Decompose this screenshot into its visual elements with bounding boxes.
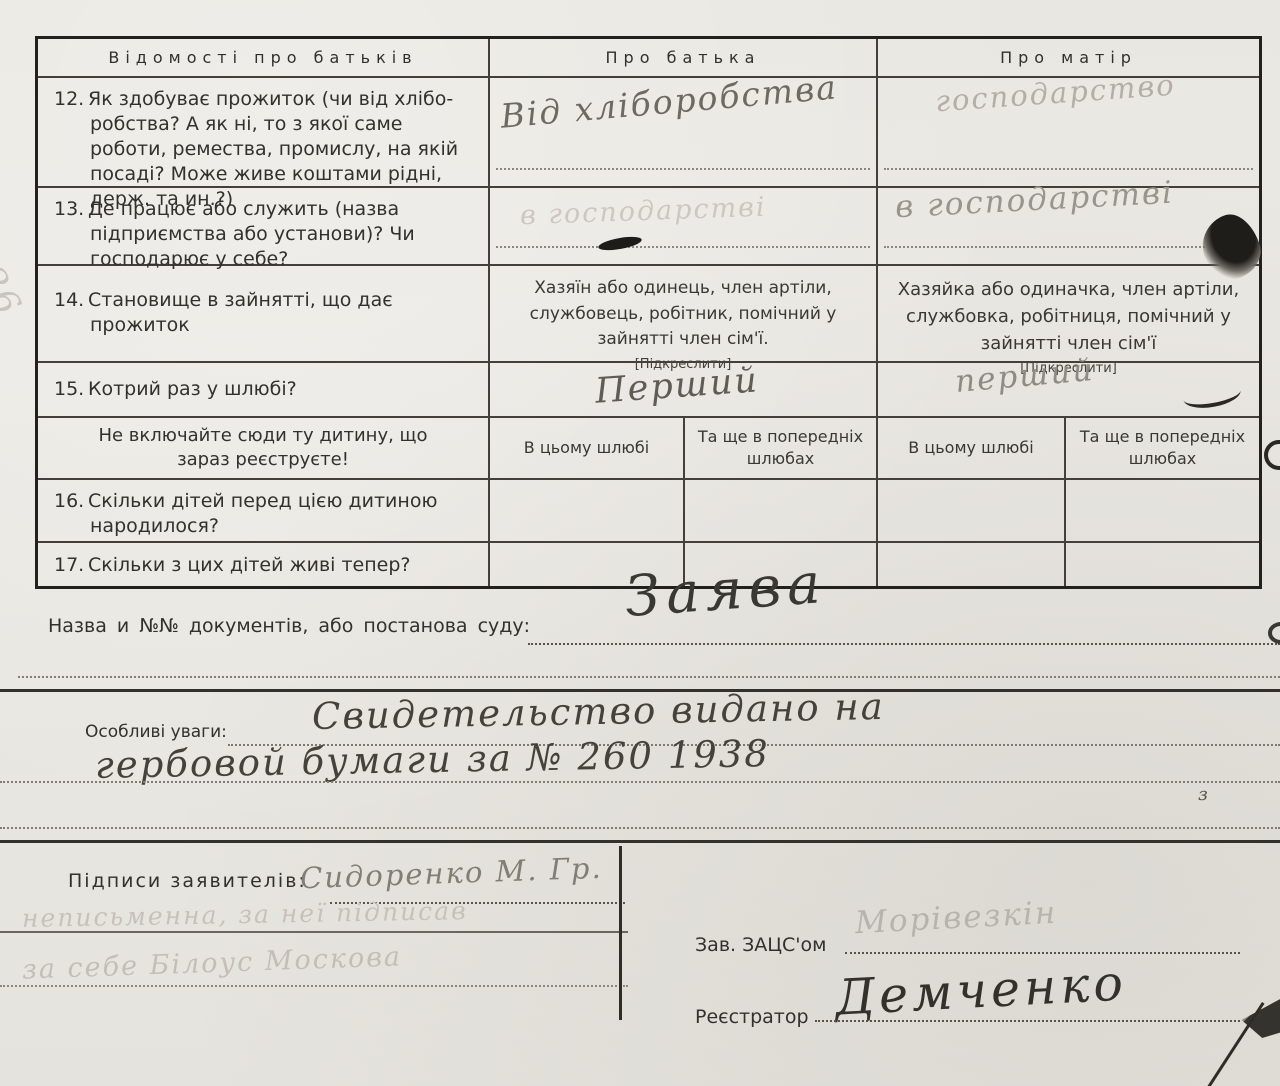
empty-cell (878, 480, 1066, 543)
pen-flourish-stroke (1205, 1002, 1265, 1086)
remarks-label: Особливі уваги: (85, 722, 227, 742)
registrar-label: Реєстратор (695, 1006, 809, 1028)
question-14-text: Становище в зайнятті, що дає прожиток (88, 289, 393, 336)
question-14-number: 14. (54, 288, 88, 313)
question-17-text: Скільки з цих дітей живі тепер? (88, 554, 411, 576)
section-divider-line (0, 840, 1280, 843)
signature-rule-line (0, 985, 628, 987)
options-cell-mother-14: Хазяйка або одиначка, член артіли, служб… (878, 266, 1259, 363)
answer-guideline (496, 246, 870, 248)
subcol-mother-this-marriage: В цьому шлюбі (878, 418, 1066, 480)
father-status-options: Хазяїн або одинець, член артіли, службов… (490, 266, 876, 355)
question-12: 12.Як здобуває прожиток (чи від хлібо-ро… (38, 78, 490, 188)
answer-guideline (884, 168, 1253, 170)
options-cell-father-14: Хазяїн або одинець, член артіли, службов… (490, 266, 878, 363)
question-17-number: 17. (54, 553, 88, 578)
documents-fill-line (528, 643, 1280, 645)
document-name-handwriting: Заява (623, 551, 828, 630)
question-15-number: 15. (54, 377, 88, 402)
question-16-number: 16. (54, 489, 88, 514)
faint-pencil-signature-2: за себе Білоус Москова (22, 941, 403, 985)
applicants-label: Підписи заявителів: (68, 870, 307, 892)
zags-head-fill-line (845, 952, 1240, 954)
ruled-dotted-line (0, 827, 1280, 829)
registrar-signature: Демченко (834, 954, 1129, 1026)
registration-form-scan: Відомості про батьків Про батька Про мат… (0, 0, 1280, 1086)
exclusion-note: Не включайте сюди ту дитину, що зараз ре… (38, 418, 488, 478)
remarks-handwriting-line1: Свидетельство видано на (312, 685, 885, 738)
edge-ring-mark (1264, 440, 1280, 470)
answer-guideline (884, 246, 1253, 248)
signature-rule-line (0, 931, 628, 933)
empty-cell (490, 480, 685, 543)
question-12-number: 12. (54, 87, 88, 112)
empty-cell (685, 480, 878, 543)
question-17: 17.Скільки з цих дітей живі тепер? (38, 543, 490, 586)
question-16-text: Скільки дітей перед цією дитиною народил… (88, 490, 437, 537)
question-13-number: 13. (54, 197, 88, 222)
empty-cell (1066, 543, 1259, 586)
edge-ring-mark (1268, 622, 1280, 644)
answer-guideline (496, 168, 870, 170)
subcol-father-previous-marriages: Та ще в попередніх шлюбах (685, 418, 878, 480)
question-13-text: Де працює або служить (назва підприємств… (88, 198, 415, 270)
applicant-signature: Сидоренко М. Гр. (299, 851, 603, 896)
zags-head-label: Зав. ЗАЦС'ом (695, 934, 826, 956)
faint-pencil-signature-1: неписьменна, за неї підписав (22, 896, 468, 933)
documents-label: Назва и №№ документів, або постанова суд… (48, 615, 530, 637)
question-16: 16.Скільки дітей перед цією дитиною наро… (38, 480, 490, 543)
empty-cell (878, 543, 1066, 586)
question-14: 14.Становище в зайнятті, що дає прожиток (38, 266, 490, 363)
empty-cell (1066, 480, 1259, 543)
zags-head-signature: Морівезкін (854, 895, 1058, 942)
question-15-text: Котрий раз у шлюбі? (88, 378, 297, 400)
exclusion-note-cell: Не включайте сюди ту дитину, що зараз ре… (38, 418, 490, 480)
subcol-father-this-marriage: В цьому шлюбі (490, 418, 685, 480)
edge-pencil-mark: з (1198, 784, 1210, 805)
mother-status-options: Хазяйка або одиначка, член артіли, служб… (878, 266, 1259, 359)
ruled-dotted-line (0, 781, 1280, 783)
subcol-mother-previous-marriages: Та ще в попередніх шлюбах (1066, 418, 1259, 480)
signature-box-divider (619, 846, 622, 1020)
registrar-fill-line (815, 1020, 1240, 1022)
col-header-mother: Про матір (878, 39, 1259, 78)
col-header-parents: Відомості про батьків (38, 39, 490, 78)
margin-pencil-note: 226 (0, 238, 29, 323)
question-13: 13.Де працює або служить (назва підприєм… (38, 188, 490, 266)
question-15: 15.Котрий раз у шлюбі? (38, 363, 490, 418)
ruled-dotted-line (18, 676, 1280, 678)
